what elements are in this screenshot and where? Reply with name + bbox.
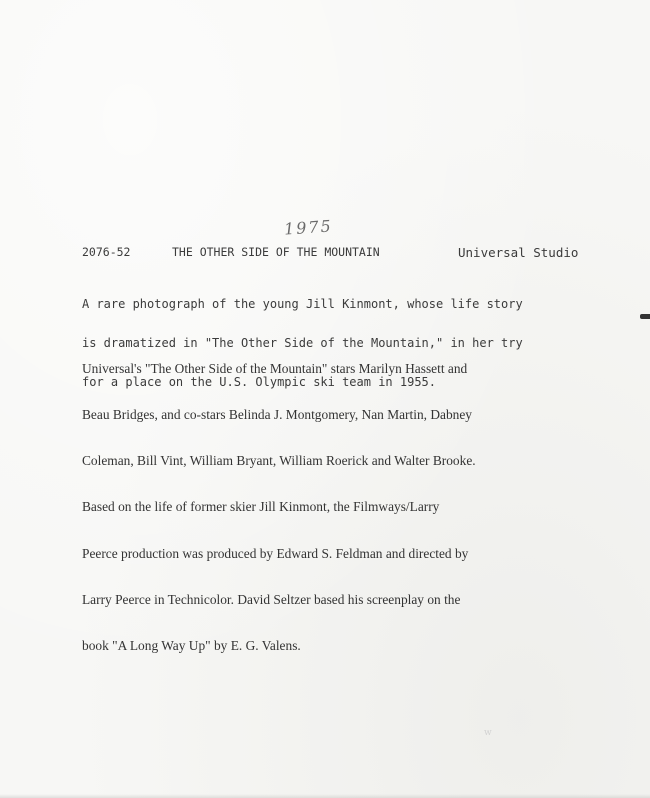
handwritten-year-annotation: 1975	[283, 216, 333, 238]
body-line: Coleman, Bill Vint, William Bryant, Will…	[82, 453, 592, 468]
press-release-body: Universal's "The Other Side of the Mount…	[82, 330, 592, 684]
body-line: Larry Peerce in Technicolor. David Seltz…	[82, 592, 592, 607]
edge-registration-mark	[640, 314, 650, 319]
paper-bottom-edge	[0, 794, 650, 798]
photo-code: 2076-52	[82, 245, 130, 259]
photo-back-document: 1975 2076-52 THE OTHER SIDE OF THE MOUNT…	[0, 0, 650, 798]
body-line: Universal's "The Other Side of the Mount…	[82, 361, 592, 376]
caption-line: A rare photograph of the young Jill Kinm…	[82, 298, 592, 311]
studio-name: Universal Studio	[458, 245, 578, 260]
body-line: Based on the life of former skier Jill K…	[82, 499, 592, 514]
body-line: Beau Bridges, and co-stars Belinda J. Mo…	[82, 407, 592, 422]
body-line: Peerce production was produced by Edward…	[82, 546, 592, 561]
body-line: book "A Long Way Up" by E. G. Valens.	[82, 638, 592, 653]
faint-stamp-mark: w	[484, 728, 492, 738]
film-title: THE OTHER SIDE OF THE MOUNTAIN	[172, 245, 380, 259]
